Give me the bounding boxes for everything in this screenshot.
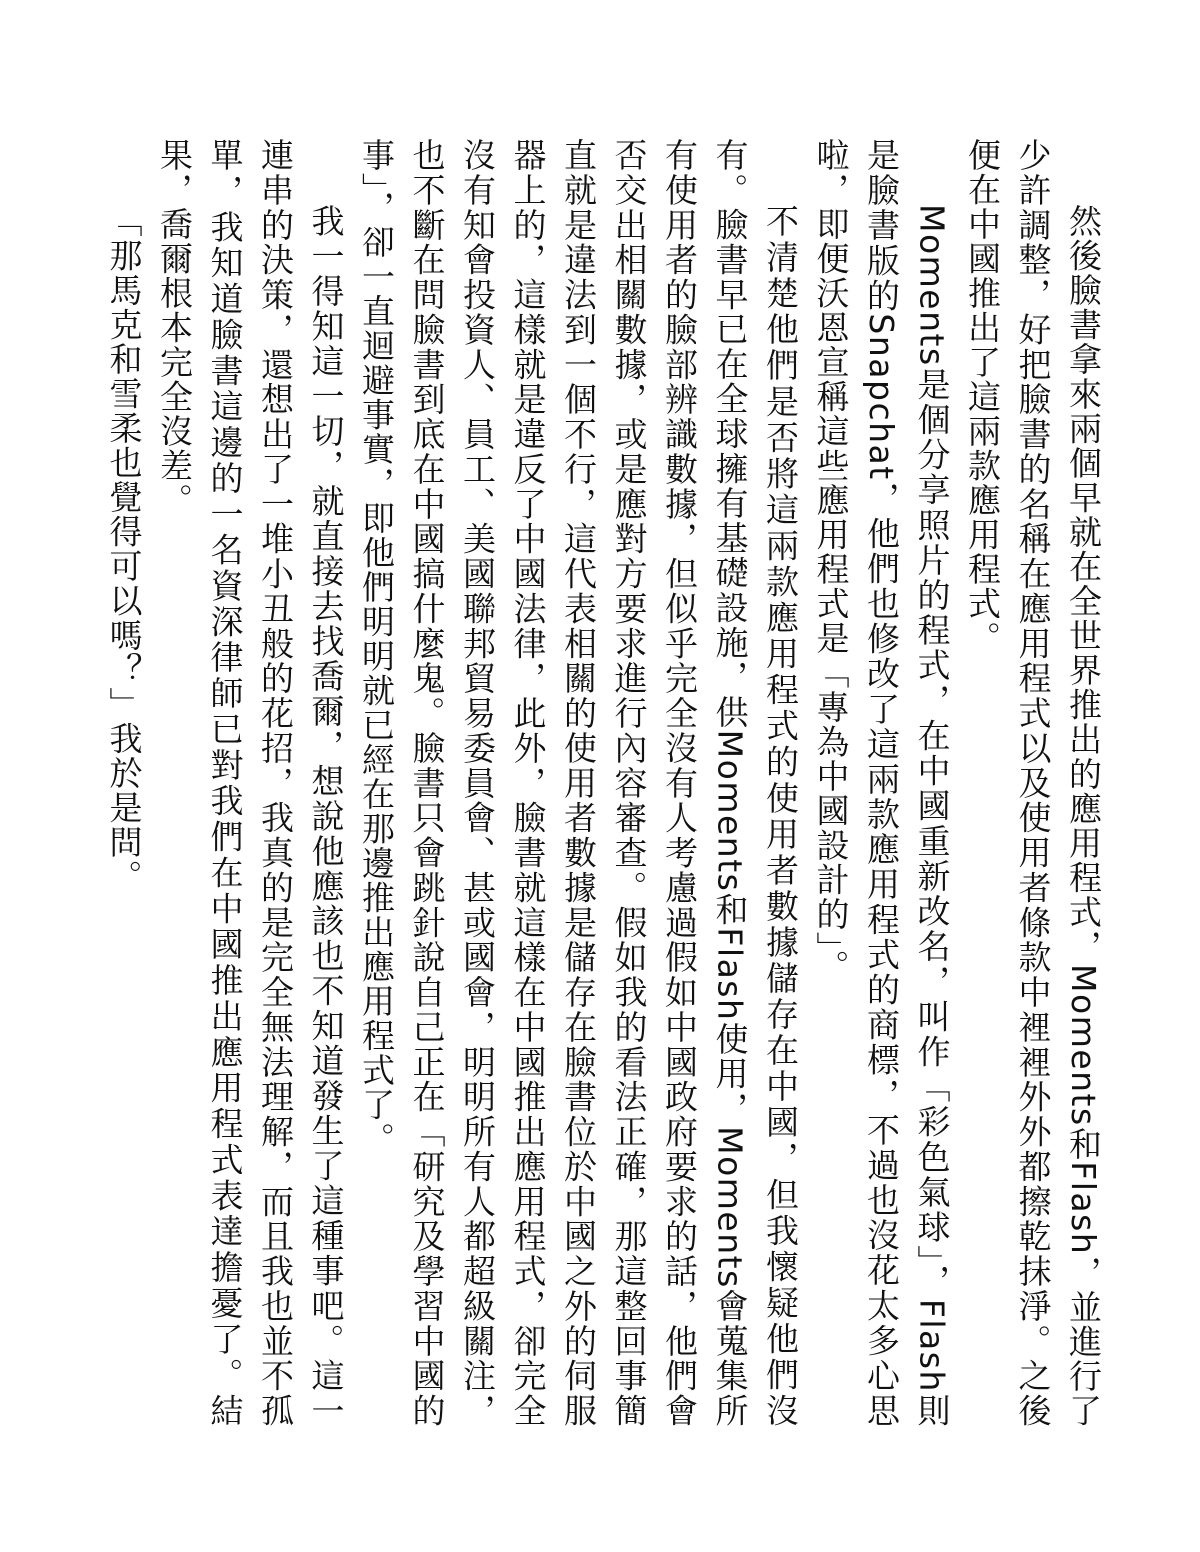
paragraph-3: 不清楚他們是否將這兩款應用程式的使用者數據儲存在中國，但我懷疑他們沒有。臉書早已…	[351, 138, 806, 1428]
paragraph-5: 「那馬克和雪柔也覺得可以嗎？」我於是問。	[98, 138, 149, 1428]
document-page: 然後臉書拿來兩個早就在全世界推出的應用程式，Moments和Flash，並進行了…	[178, 138, 1108, 1428]
paragraph-1: 然後臉書拿來兩個早就在全世界推出的應用程式，Moments和Flash，並進行了…	[957, 138, 1109, 1428]
paragraph-4: 我一得知這一切，就直接去找喬爾，想說他應該也不知道發生了這種事吧。這一連串的決策…	[149, 138, 351, 1428]
paragraph-2: Moments是個分享照片的程式，在中國重新改名，叫作「彩色氣球」，Flash則…	[805, 138, 957, 1428]
